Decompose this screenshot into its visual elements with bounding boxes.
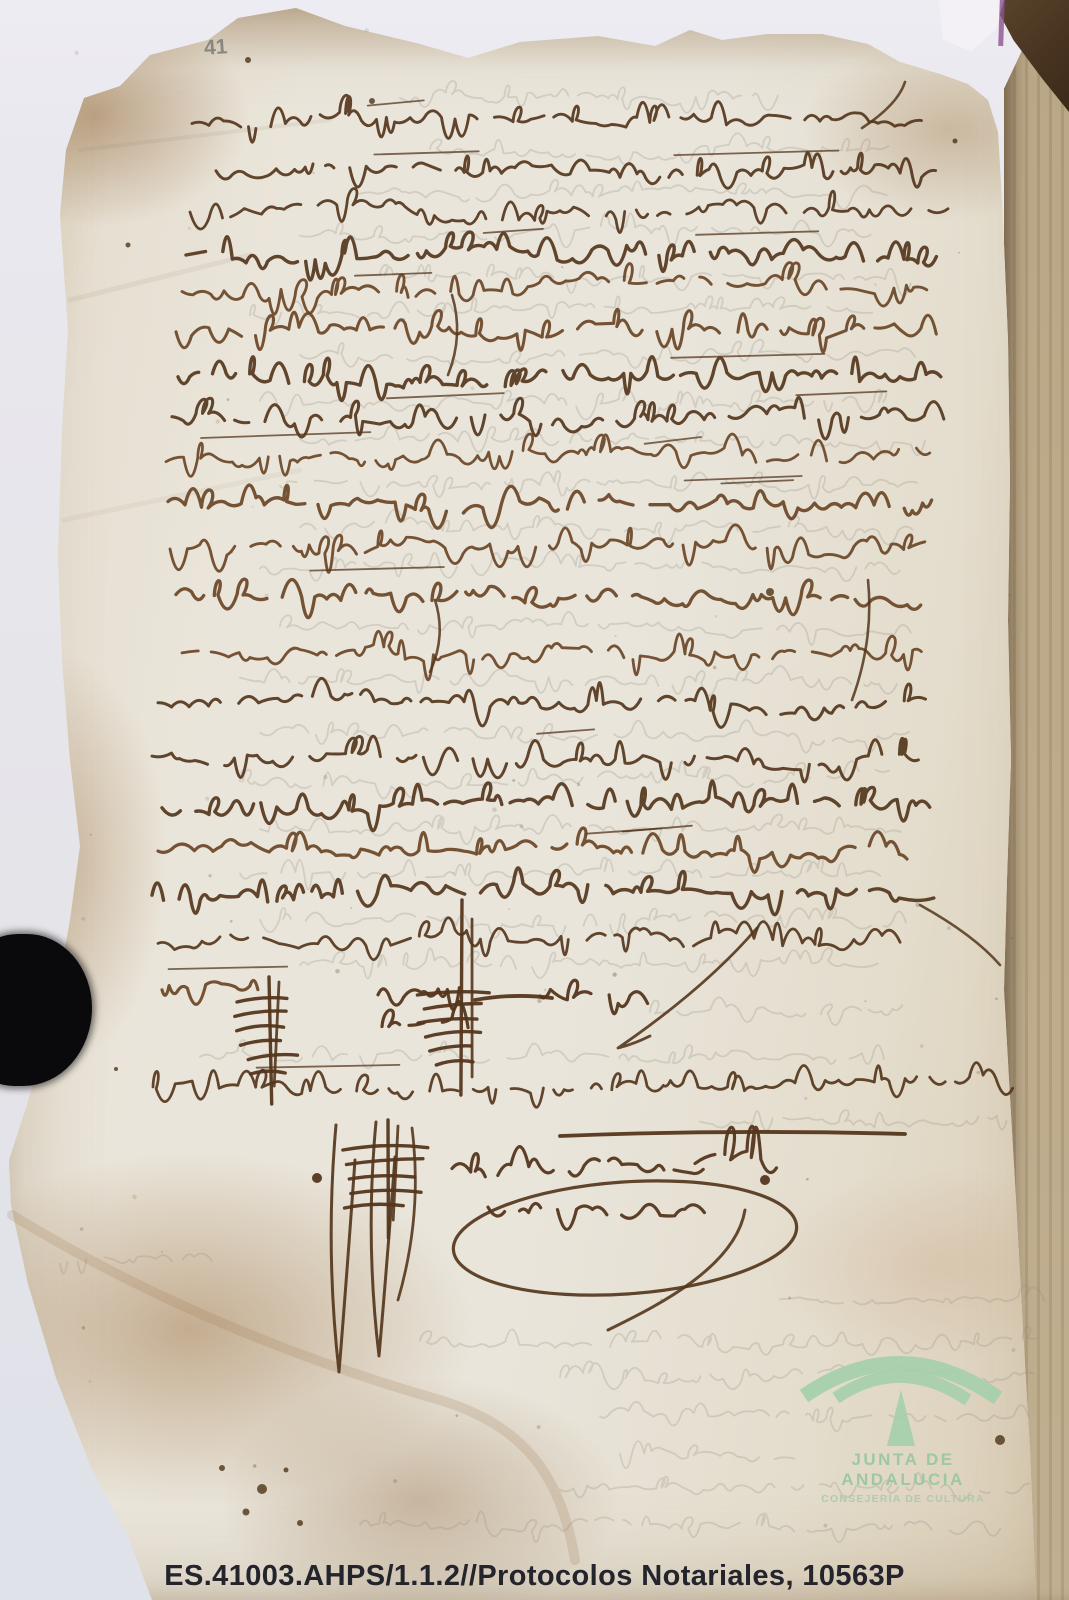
watermark-subtitle: CONSEJERÍA DE CULTURA <box>790 1493 1016 1505</box>
archival-manuscript-photo: JUNTA DE ANDALUCIA CONSEJERÍA DE CULTURA… <box>0 0 1069 1600</box>
folio-number: 41 <box>203 35 228 61</box>
junta-watermark: JUNTA DE ANDALUCIA CONSEJERÍA DE CULTURA <box>790 1336 1016 1505</box>
junta-arch-logo-icon <box>790 1336 1016 1448</box>
watermark-title: JUNTA DE ANDALUCIA <box>790 1450 1016 1490</box>
archive-reference-caption: ES.41003.AHPS/1.1.2//Protocolos Notarial… <box>0 1560 1069 1593</box>
